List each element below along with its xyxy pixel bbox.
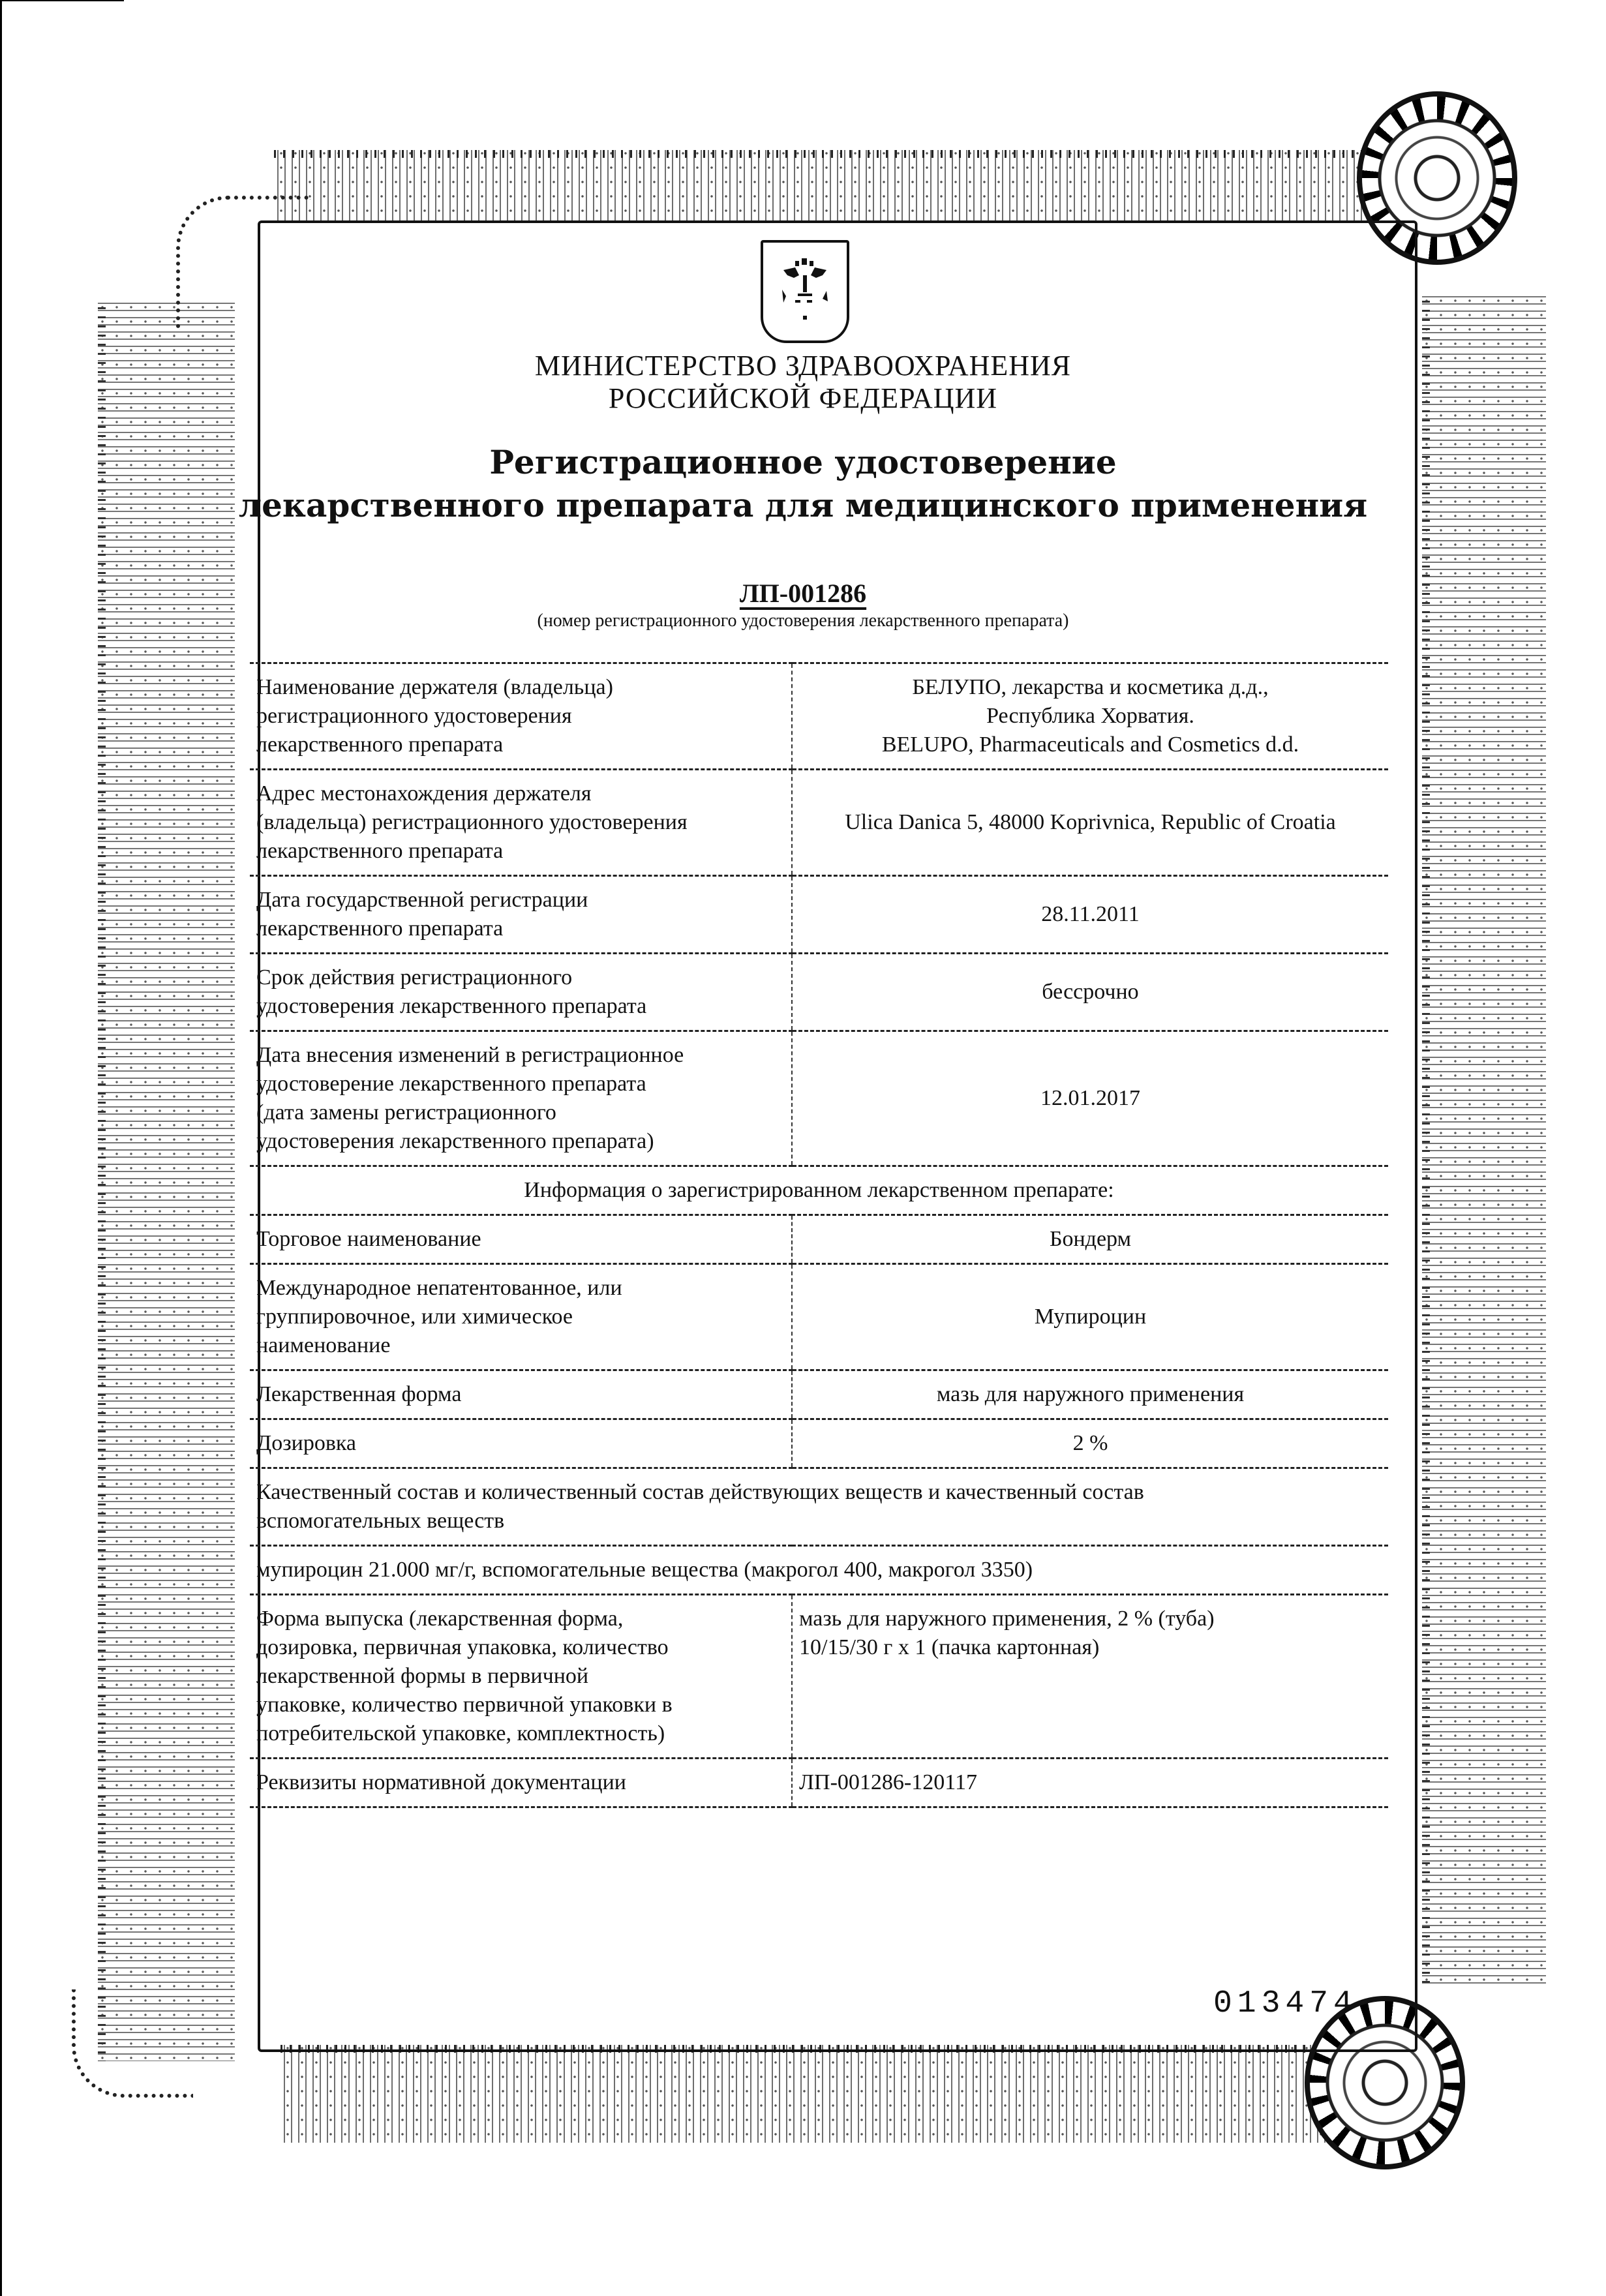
row-value: мазь для наружного применения: [792, 1370, 1388, 1419]
row-value: бессрочно: [792, 954, 1388, 1031]
row-label: Лекарственная форма: [250, 1370, 792, 1419]
table-row-holder-address: Адрес местонахождения держателя (владель…: [250, 770, 1388, 876]
table-row-composition-value: мупироцин 21.000 мг/г, вспомогательные в…: [250, 1546, 1388, 1595]
row-label: Торговое наименование: [250, 1215, 792, 1264]
row-value: 28.11.2011: [792, 876, 1388, 954]
table-row-validity: Срок действия регистрационного удостовер…: [250, 954, 1388, 1031]
row-value: мазь для наружного применения, 2 % (туба…: [792, 1595, 1388, 1759]
decorative-border-left: [98, 300, 235, 2061]
decorative-border-right: [1422, 294, 1546, 1989]
certificate-table: Наименование держателя (владельца) регис…: [250, 662, 1388, 1808]
ministry-name-line2: РОССИЙСКОЙ ФЕДЕРАЦИИ: [0, 382, 1606, 415]
row-value: мупироцин 21.000 мг/г, вспомогательные в…: [250, 1546, 1388, 1595]
page-edge-left: [0, 0, 2, 2296]
table-row-registration-date: Дата государственной регистрации лекарст…: [250, 876, 1388, 954]
double-headed-eagle-icon: [776, 256, 834, 327]
row-label: Дозировка: [250, 1419, 792, 1468]
table-row-inn: Международное непатентованное, или групп…: [250, 1264, 1388, 1370]
table-row-release-form: Форма выпуска (лекарственная форма, дози…: [250, 1595, 1388, 1759]
decorative-border-bottom: [280, 2045, 1389, 2143]
corner-ornament-bottom-left: [72, 1989, 193, 2098]
row-value: ЛП-001286-120117: [792, 1759, 1388, 1807]
row-value: Мупироцин: [792, 1264, 1388, 1370]
table-row-trade-name: Торговое наименование Бондерм: [250, 1215, 1388, 1264]
table-row-holder-name: Наименование держателя (владельца) регис…: [250, 663, 1388, 770]
row-label: Реквизиты нормативной документации: [250, 1759, 792, 1807]
page-edge-top: [0, 0, 124, 1]
registration-number-caption: (номер регистрационного удостоверения ле…: [0, 611, 1606, 631]
row-value: Ulica Danica 5, 48000 Koprivnica, Republ…: [792, 770, 1388, 876]
decorative-border-top: [274, 150, 1383, 222]
form-serial-number: 013474: [1213, 1986, 1357, 2021]
row-label: Срок действия регистрационного удостовер…: [250, 954, 792, 1031]
table-section-header: Информация о зарегистрированном лекарств…: [250, 1166, 1388, 1215]
row-value: БЕЛУПО, лекарства и косметика д.д., Респ…: [792, 663, 1388, 770]
row-label: Наименование держателя (владельца) регис…: [250, 663, 792, 770]
table-row-normative-docs: Реквизиты нормативной документации ЛП-00…: [250, 1759, 1388, 1807]
table-row-dosage: Дозировка 2 %: [250, 1419, 1388, 1468]
document-title-line1: Регистрационное удостоверение: [0, 441, 1606, 484]
row-value: 12.01.2017: [792, 1031, 1388, 1166]
row-label: Адрес местонахождения держателя (владель…: [250, 770, 792, 876]
table-row-change-date: Дата внесения изменений в регистрационно…: [250, 1031, 1388, 1166]
registration-number: ЛП-001286: [0, 578, 1606, 609]
table-row-dosage-form: Лекарственная форма мазь для наружного п…: [250, 1370, 1388, 1419]
document-title-line2: лекарственного препарата для медицинског…: [0, 484, 1606, 527]
table-row-composition-label: Качественный состав и количественный сос…: [250, 1468, 1388, 1546]
coat-of-arms-icon: [761, 240, 849, 343]
row-label: Качественный состав и количественный сос…: [250, 1468, 1388, 1546]
row-value: Бондерм: [792, 1215, 1388, 1264]
ministry-name-line1: МИНИСТЕРСТВО ЗДРАВООХРАНЕНИЯ: [0, 349, 1606, 383]
row-label: Дата внесения изменений в регистрационно…: [250, 1031, 792, 1166]
row-label: Международное непатентованное, или групп…: [250, 1264, 792, 1370]
section-header: Информация о зарегистрированном лекарств…: [250, 1166, 1388, 1215]
row-value: 2 %: [792, 1419, 1388, 1468]
row-label: Дата государственной регистрации лекарст…: [250, 876, 792, 954]
row-label: Форма выпуска (лекарственная форма, дози…: [250, 1595, 792, 1759]
